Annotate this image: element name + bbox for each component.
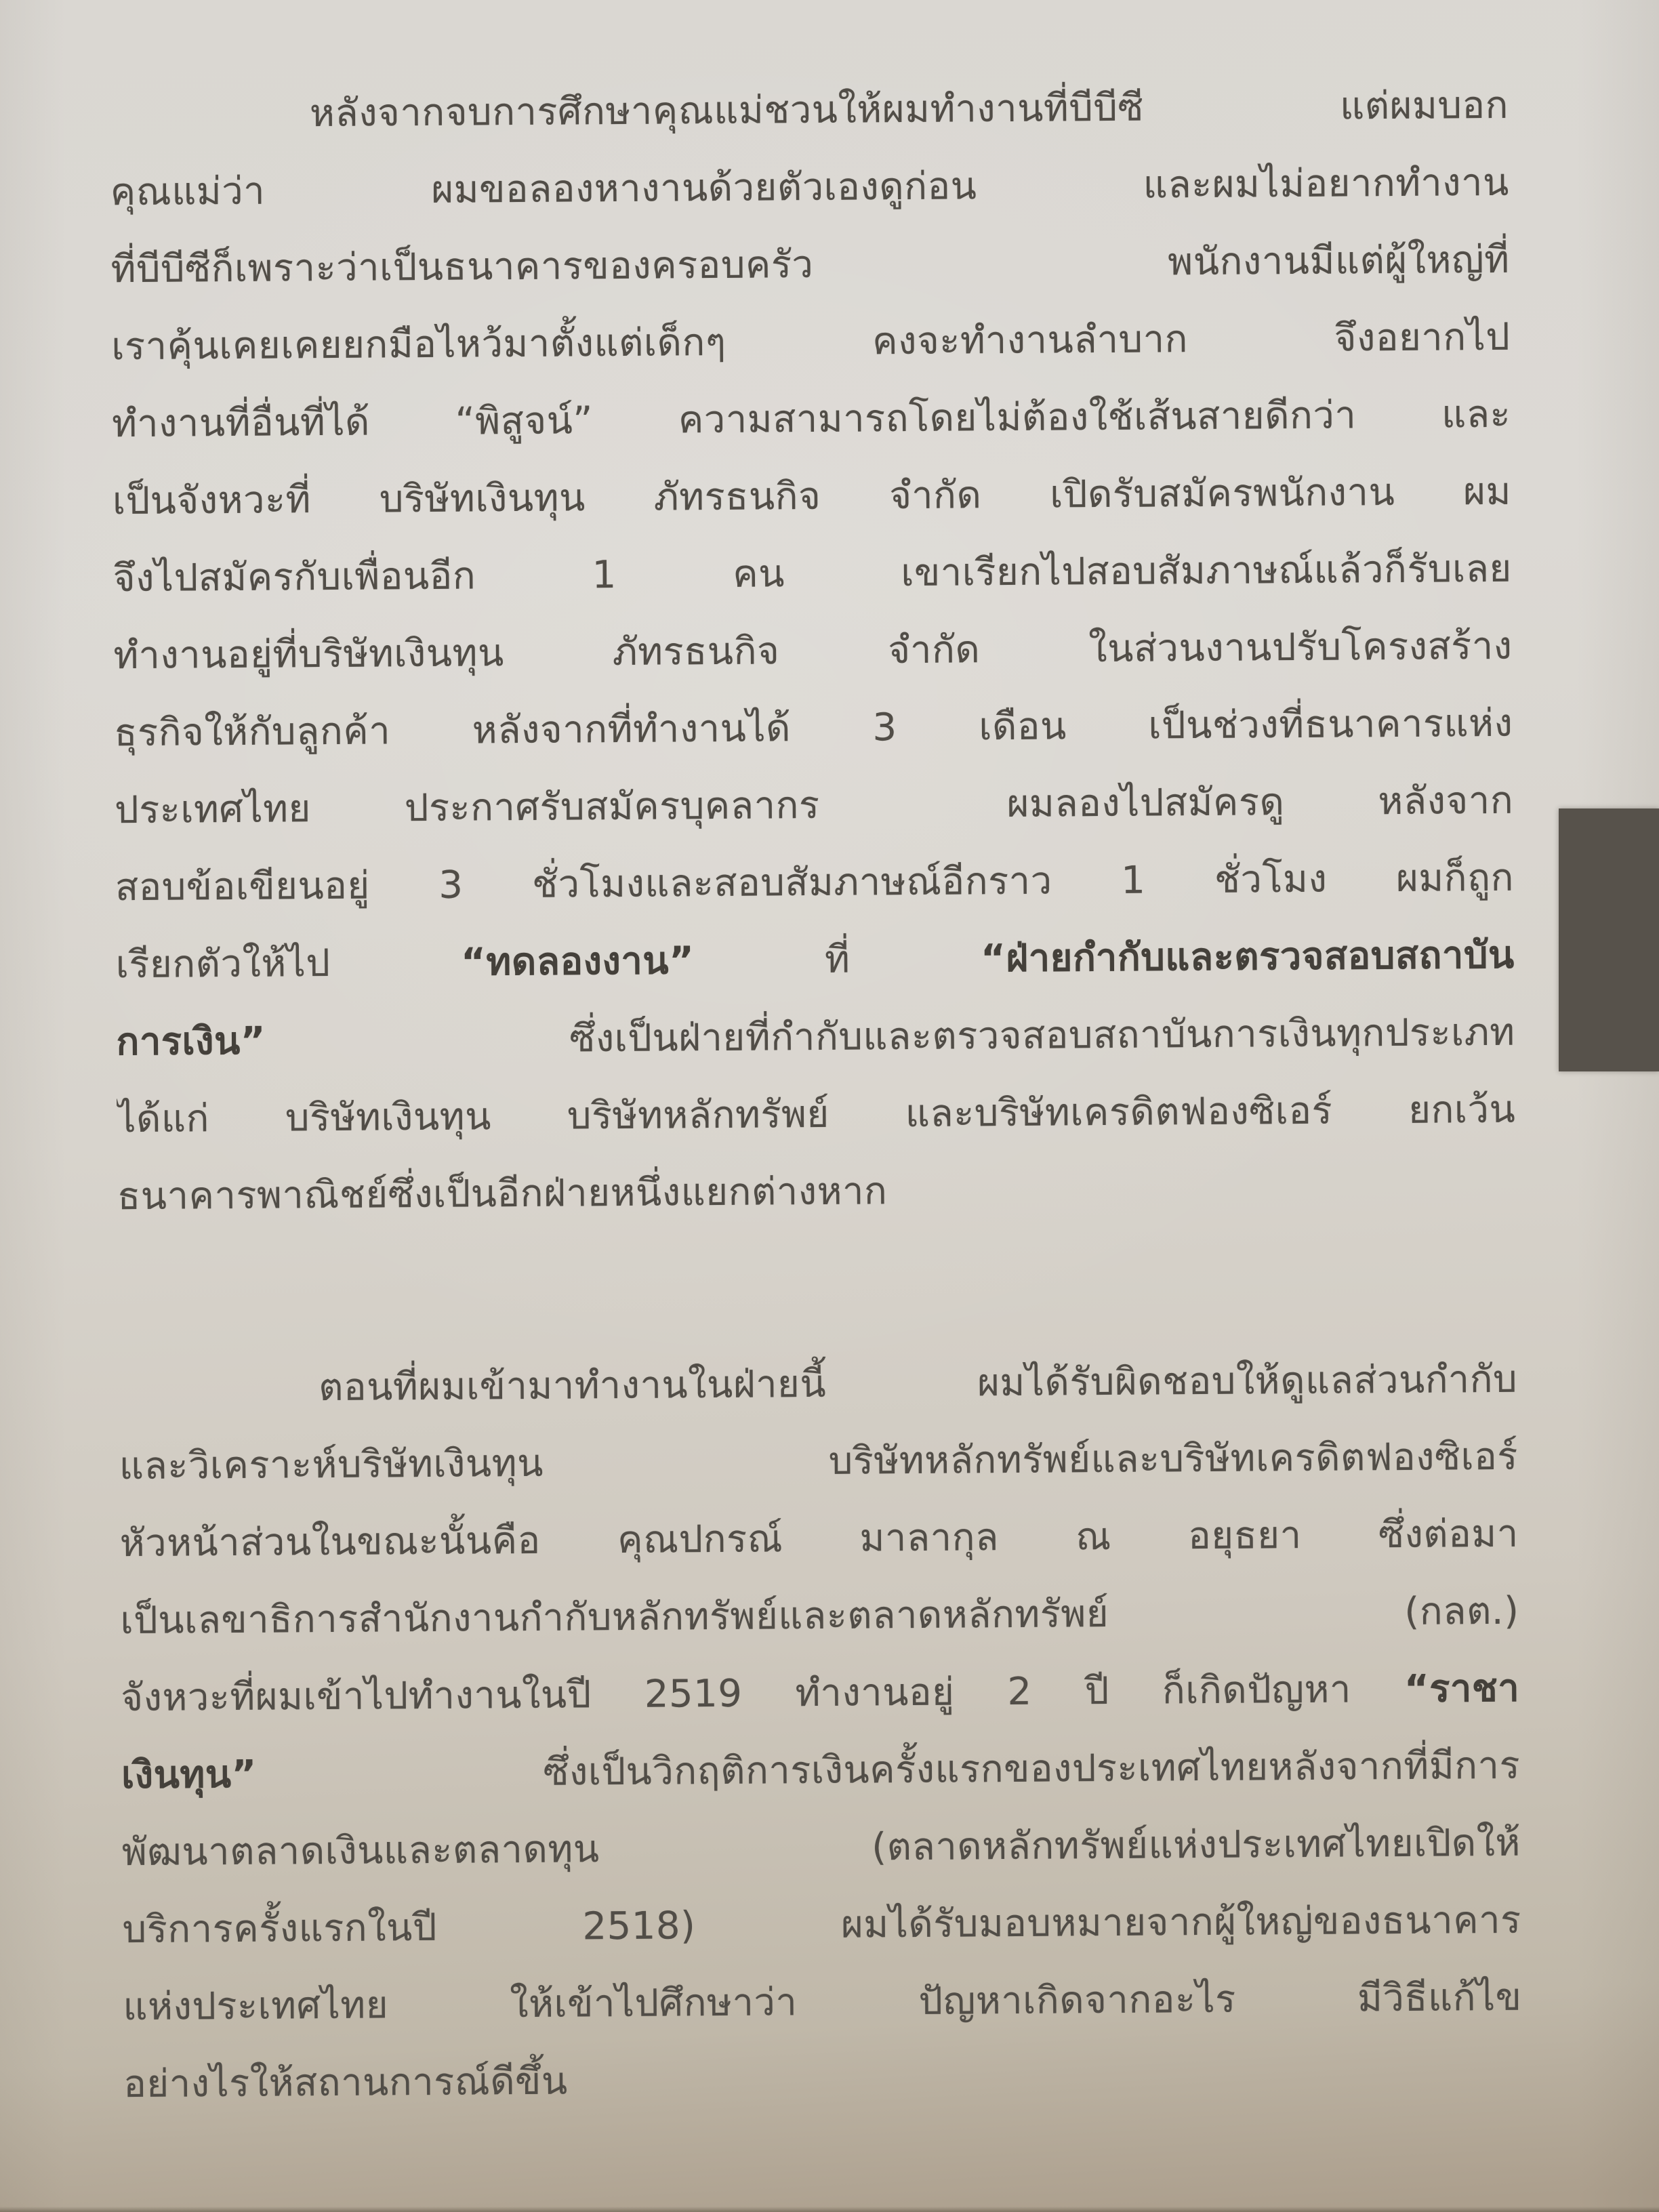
page-bottom-edge: [0, 2207, 1659, 2212]
text-line: จังหวะที่ผมเข้าไปทำงานในปี 2519 ทำงานอยู…: [121, 1650, 1520, 1737]
text-segment: และวิเคราะห์บริษัทเงินทุน บริษัทหลักทรัพ…: [119, 1435, 1518, 1488]
text-line: เป็นจังหวะที่ บริษัทเงินทุน ภัทรธนกิจ จำ…: [112, 453, 1512, 540]
text-segment: ธุรกิจให้กับลูกค้า หลังจากที่ทำงานได้ 3 …: [114, 701, 1513, 755]
text-segment: ธนาคารพาณิชย์ซึ่งเป็นอีกฝ่ายหนึ่งแยกต่าง…: [117, 1169, 888, 1218]
text-segment: เป็นเลขาธิการสำนักงานกำกับหลักทรัพย์และต…: [120, 1589, 1519, 1643]
text-segment: คุณแม่ว่า ผมขอลองหางานด้วยตัวเองดูก่อน แ…: [110, 161, 1509, 214]
text-segment: อย่างไรให้สถานการณ์ดีขึ้น: [123, 2060, 568, 2107]
paragraph: ตอนที่ผมเข้ามาทำงานในฝ่ายนี้ ผมได้รับผิด…: [119, 1341, 1523, 2123]
text-line: ประเทศไทย ประกาศรับสมัครบุคลากร ผมลองไปส…: [115, 762, 1514, 849]
bold-text-segment: เงินทุน”: [121, 1753, 257, 1797]
text-line: เป็นเลขาธิการสำนักงานกำกับหลักทรัพย์และต…: [120, 1573, 1519, 1660]
paragraph: หลังจากจบการศึกษาคุณแม่ชวนให้ผมทำงานที่บ…: [110, 67, 1517, 1235]
text-line: หลังจากจบการศึกษาคุณแม่ชวนให้ผมทำงานที่บ…: [110, 67, 1509, 154]
bold-text-segment: การเงิน”: [116, 1019, 266, 1065]
bold-text-segment: “ราชา: [1404, 1666, 1520, 1711]
text-block: หลังจากจบการศึกษาคุณแม่ชวนให้ผมทำงานที่บ…: [110, 67, 1523, 2123]
bold-text-segment: “ฝ่ายกำกับและตรวจสอบสถาบัน: [981, 933, 1515, 981]
text-segment: หัวหน้าส่วนในขณะนั้นคือ คุณปกรณ์ มาลากุล…: [119, 1512, 1518, 1565]
text-segment: บริการครั้งแรกในปี 2518) ผมได้รับมอบหมาย…: [122, 1898, 1521, 1952]
text-line: ทำงานอยู่ที่บริษัทเงินทุน ภัทรธนกิจ จำกั…: [113, 608, 1513, 695]
text-line: เรียกตัวให้ไป “ทดลองงาน” ที่ “ฝ่ายกำกับแ…: [115, 917, 1515, 1004]
text-line: การเงิน” ซึ่งเป็นฝ่ายที่กำกับและตรวจสอบส…: [116, 994, 1515, 1081]
text-line: สอบข้อเขียนอยู่ 3 ชั่วโมงและสอบสัมภาษณ์อ…: [115, 840, 1515, 926]
text-line: คุณแม่ว่า ผมขอลองหางานด้วยตัวเองดูก่อน แ…: [110, 144, 1509, 231]
book-page: หลังจากจบการศึกษาคุณแม่ชวนให้ผมทำงานที่บ…: [0, 0, 1659, 2212]
text-line: เงินทุน” ซึ่งเป็นวิกฤติการเงินครั้งแรกขอ…: [121, 1727, 1521, 1814]
text-segment: พัฒนาตลาดเงินและตลาดทุน (ตลาดหลักทรัพย์แ…: [122, 1821, 1521, 1875]
text-segment: แห่งประเทศไทย ให้เข้าไปศึกษาว่า ปัญหาเกิ…: [123, 1975, 1521, 2029]
text-line: พัฒนาตลาดเงินและตลาดทุน (ตลาดหลักทรัพย์แ…: [121, 1805, 1521, 1891]
text-segment: ตอนที่ผมเข้ามาทำงานในฝ่ายนี้ ผมได้รับผิด…: [319, 1357, 1517, 1410]
text-segment: ทำงานอยู่ที่บริษัทเงินทุน ภัทรธนกิจ จำกั…: [113, 624, 1512, 678]
text-segment: หลังจากจบการศึกษาคุณแม่ชวนให้ผมทำงานที่บ…: [310, 83, 1509, 136]
text-line: ที่บีบีซีก็เพราะว่าเป็นธนาคารของครอบครัว…: [110, 222, 1510, 308]
text-segment: จังหวะที่ผมเข้าไปทำงานในปี 2519 ทำงานอยู…: [121, 1667, 1404, 1720]
text-segment: ซึ่งเป็นวิกฤติการเงินครั้งแรกของประเทศไท…: [257, 1744, 1521, 1797]
bold-text-segment: “ทดลองงาน”: [461, 939, 695, 984]
text-segment: เป็นจังหวะที่ บริษัทเงินทุน ภัทรธนกิจ จำ…: [112, 470, 1511, 523]
text-segment: ที่: [694, 937, 981, 983]
text-line: บริการครั้งแรกในปี 2518) ผมได้รับมอบหมาย…: [122, 1882, 1521, 1969]
text-line: ได้แก่ บริษัทเงินทุน บริษัทหลักทรัพย์ แล…: [117, 1071, 1516, 1158]
chapter-edge-tab: [1559, 808, 1659, 1071]
text-segment: ได้แก่ บริษัทเงินทุน บริษัทหลักทรัพย์ แล…: [117, 1088, 1515, 1141]
text-line: จึงไปสมัครกับเพื่อนอีก 1 คน เขาเรียกไปสอ…: [112, 531, 1512, 617]
text-segment: จึงไปสมัครกับเพื่อนอีก 1 คน เขาเรียกไปสอ…: [113, 547, 1512, 600]
text-line: ทำงานที่อื่นที่ได้ “พิสูจน์” ความสามารถโ…: [112, 376, 1511, 463]
text-line: ธนาคารพาณิชย์ซึ่งเป็นอีกฝ่ายหนึ่งแยกต่าง…: [117, 1149, 1517, 1235]
text-segment: ทำงานที่อื่นที่ได้ “พิสูจน์” ความสามารถโ…: [112, 392, 1511, 446]
text-line: หัวหน้าส่วนในขณะนั้นคือ คุณปกรณ์ มาลากุล…: [119, 1496, 1519, 1582]
text-line: เราคุ้นเคยเคยยกมือไหว้มาตั้งแต่เด็กๆ คงจ…: [111, 299, 1511, 386]
text-segment: สอบข้อเขียนอยู่ 3 ชั่วโมงและสอบสัมภาษณ์อ…: [115, 856, 1514, 909]
text-line: และวิเคราะห์บริษัทเงินทุน บริษัทหลักทรัพ…: [119, 1418, 1519, 1505]
text-segment: ซึ่งเป็นฝ่ายที่กำกับและตรวจสอบสถาบันการเ…: [266, 1010, 1515, 1063]
text-line: แห่งประเทศไทย ให้เข้าไปศึกษาว่า ปัญหาเกิ…: [123, 1959, 1522, 2046]
text-segment: ที่บีบีซีก็เพราะว่าเป็นธนาคารของครอบครัว…: [110, 238, 1509, 291]
text-line: ตอนที่ผมเข้ามาทำงานในฝ่ายนี้ ผมได้รับผิด…: [119, 1341, 1518, 1428]
text-line: ธุรกิจให้กับลูกค้า หลังจากที่ทำงานได้ 3 …: [114, 685, 1513, 772]
text-segment: เราคุ้นเคยเคยยกมือไหว้มาตั้งแต่เด็กๆ คงจ…: [111, 315, 1510, 369]
text-line: อย่างไรให้สถานการณ์ดีขึ้น: [123, 2036, 1523, 2123]
text-segment: เรียกตัวให้ไป: [116, 941, 462, 987]
text-segment: ประเทศไทย ประกาศรับสมัครบุคลากร ผมลองไปส…: [115, 779, 1513, 832]
